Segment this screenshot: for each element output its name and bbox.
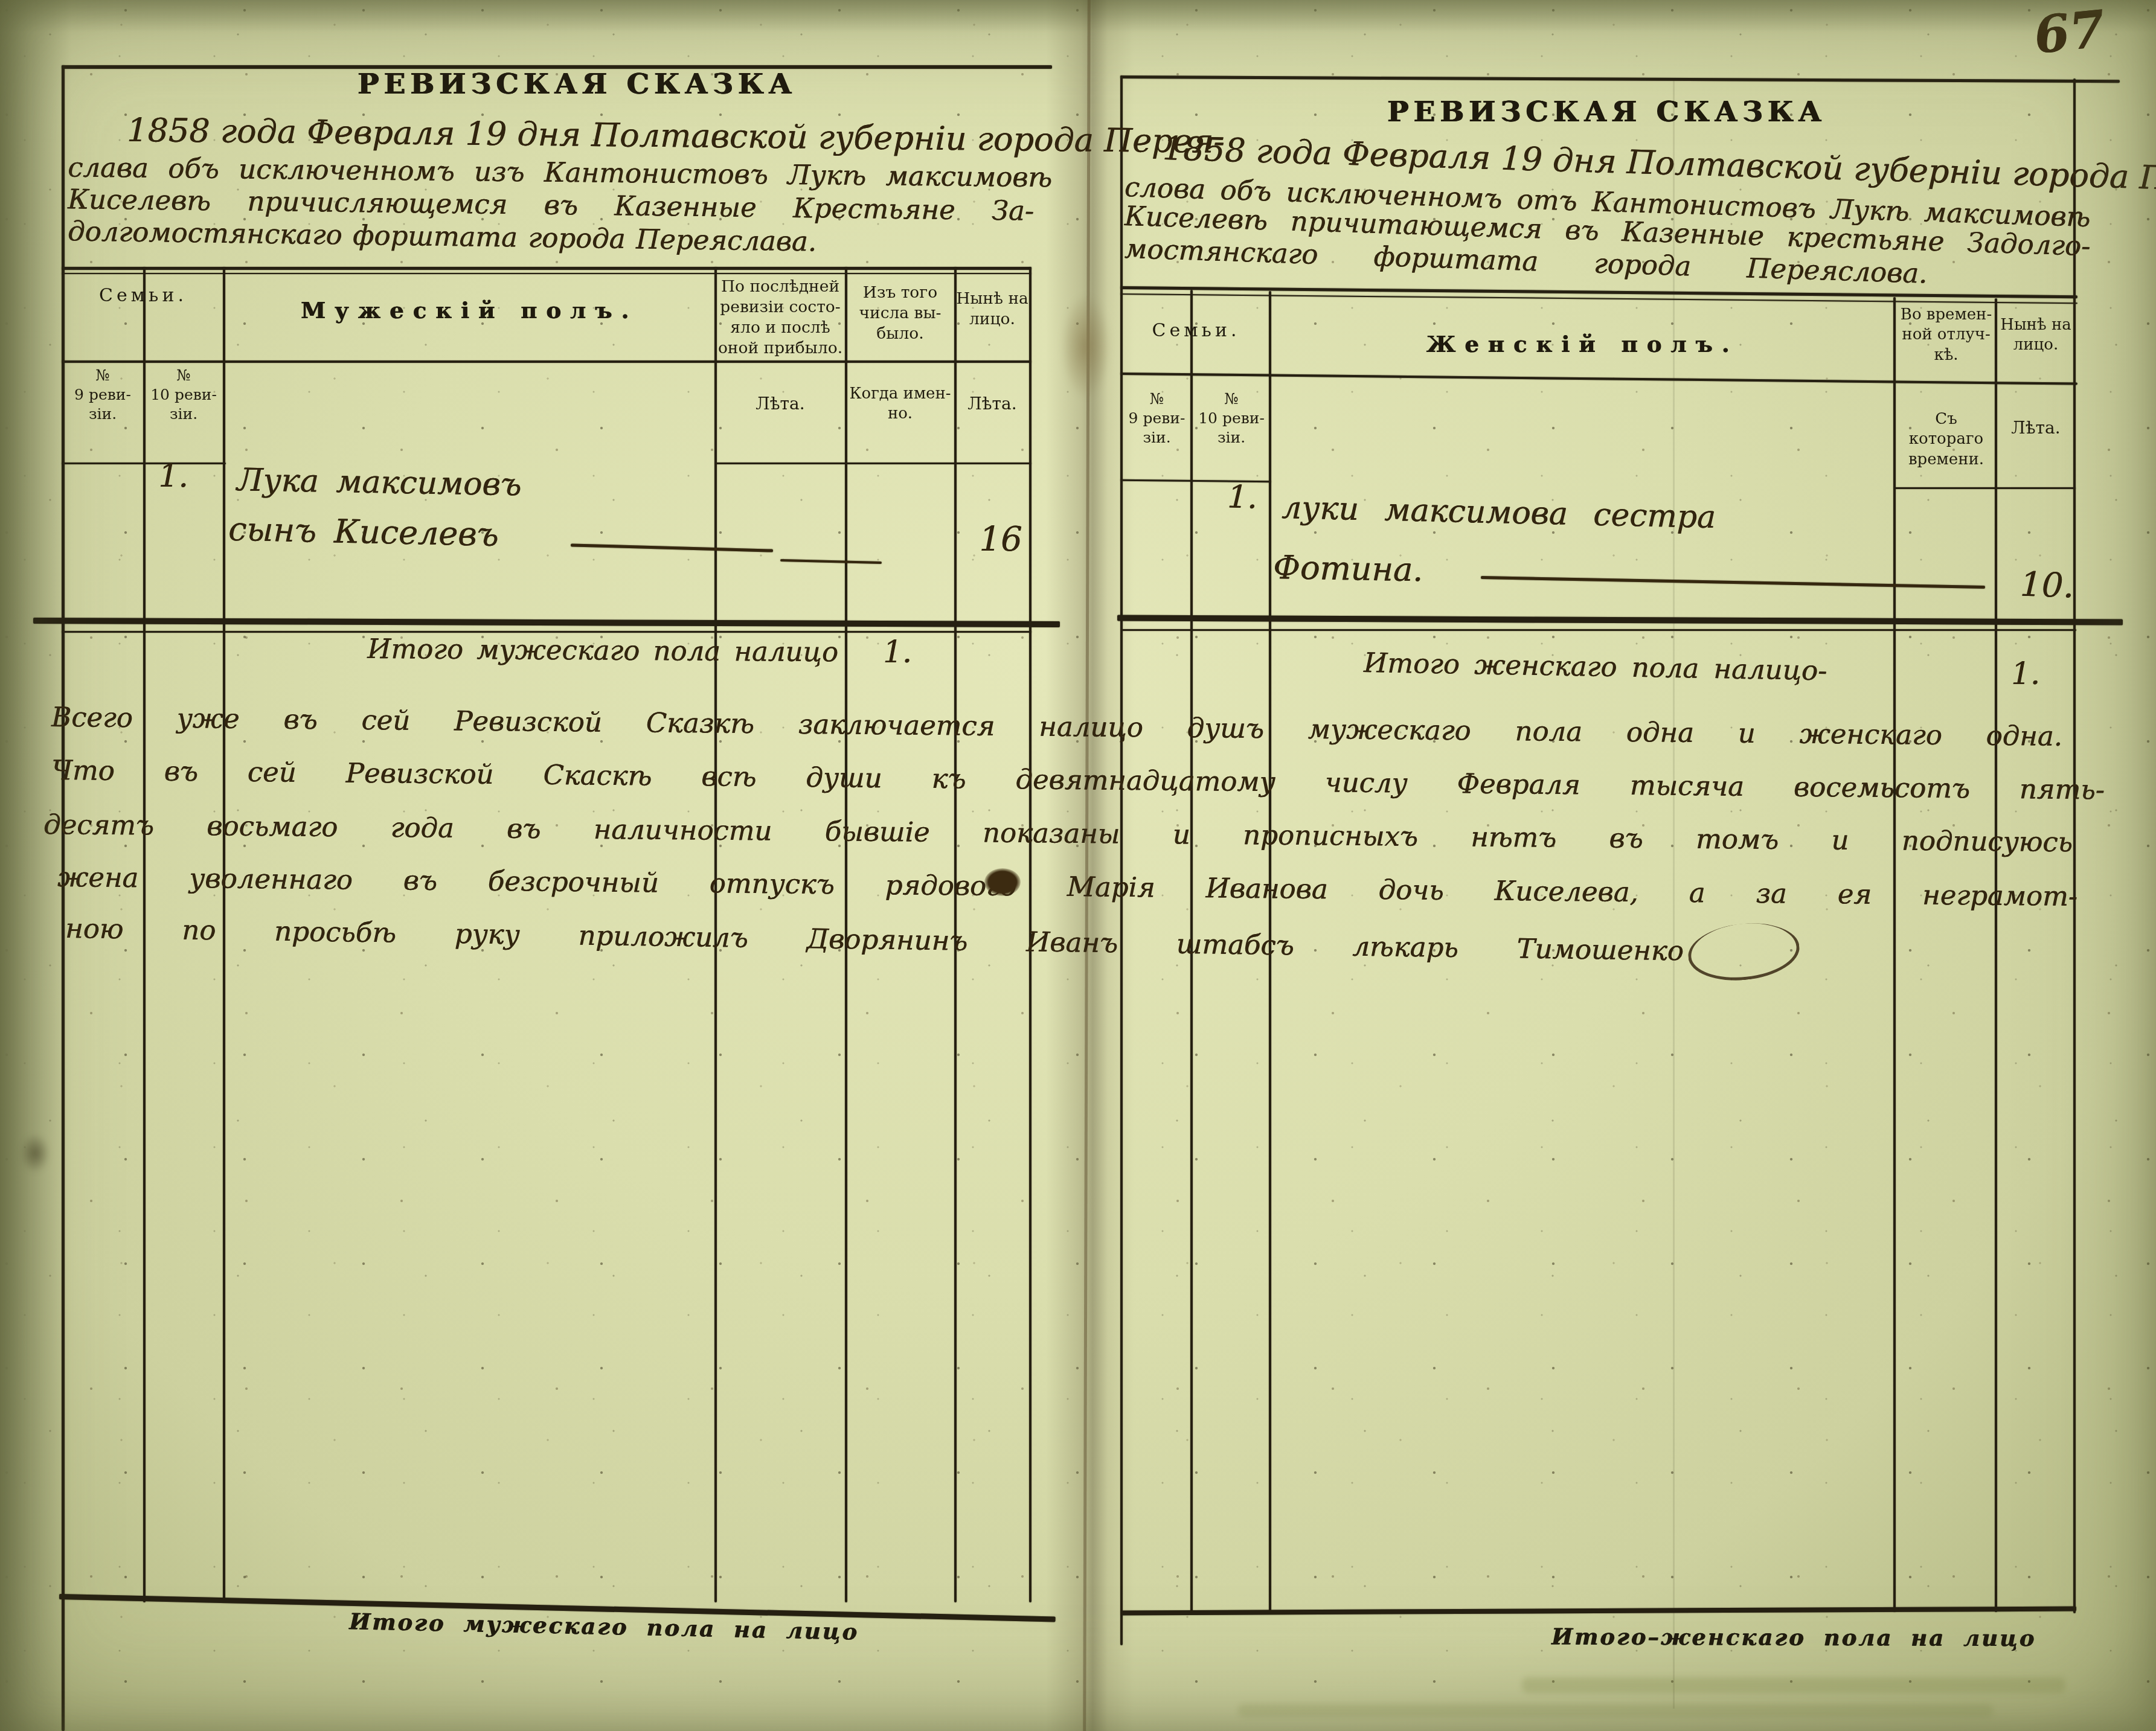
revision-list-scan: 67 РЕВИЗСКАЯ СКАЗКА 1858 года Февраля 19…	[0, 0, 2156, 1731]
left-entry-household-no: 1.	[146, 459, 201, 495]
left-header-male-sex: Мужескій полъ.	[223, 297, 716, 324]
right-entry-household-no: 1.	[1214, 479, 1270, 517]
right-table-header-divider	[1120, 373, 2077, 385]
left-header-departed: Изъ того числа вы- было.	[846, 283, 954, 344]
gutter-stain	[1060, 293, 1111, 400]
left-header-when-exactly: Когда имен- но.	[846, 384, 954, 424]
fold-crease-line	[1083, 0, 1091, 1731]
right-header-rev10: № 10 реви- зіи.	[1193, 389, 1270, 447]
folio-number: 67	[2031, 0, 2145, 65]
right-table-subheader-divider-b	[1895, 487, 2076, 489]
ink-bleed-bottom-right	[1522, 1677, 2065, 1693]
left-table-subheader-divider-b	[715, 462, 1031, 464]
right-header-temp-absence: Во времен- ной отлуч- кѣ.	[1896, 305, 1996, 365]
right-page-border-right	[2073, 78, 2076, 1613]
right-table-top-rule-a	[1120, 286, 2077, 298]
left-header-family: Семьи.	[62, 285, 225, 306]
right-entry-dash	[1481, 576, 1985, 589]
attestation-line-5: ною по просьбѣ руку приложилъ Дворянинъ …	[65, 913, 1684, 967]
right-table-vline-4	[1995, 298, 1997, 1612]
right-heavy-separator	[1117, 615, 2123, 625]
right-footer-label: Итого–женскаго пола на лицо	[1468, 1623, 2120, 1652]
left-header-present: Нынѣ на лицо.	[955, 289, 1029, 330]
left-subtotal-label: Итого мужескаго пола налицо	[367, 633, 899, 668]
paper-top-edge-shadow	[0, 0, 2156, 33]
left-thin-separator	[62, 631, 1031, 633]
left-table-top-rule-a	[62, 267, 1031, 270]
left-header-rev9: № 9 реви- зіи.	[62, 366, 144, 424]
left-header-years-b: Лѣта.	[955, 394, 1029, 414]
left-entry-age: 16	[967, 520, 1034, 559]
left-header-last-revision: По послѣдней ревизіи состо- яло и послѣ …	[716, 277, 845, 359]
margin-stain	[21, 1134, 50, 1173]
right-header-female-sex: Женскій полъ.	[1271, 331, 1893, 357]
right-bottom-heavy-rule	[1121, 1607, 2076, 1616]
right-page-rule-top	[1120, 75, 2120, 83]
right-header-rev9: № 9 реви- зіи.	[1122, 389, 1192, 447]
right-header-absence-since: Съ котораго времени.	[1896, 409, 1996, 470]
left-intro-line-1: 1858 года Февраля 19 дня Полтавской губе…	[127, 112, 1070, 159]
left-table-top-rule-b	[62, 273, 1031, 274]
left-subtotal-value: 1.	[883, 635, 937, 670]
signature-flourish	[1686, 918, 1803, 986]
left-header-rev10: № 10 реви- зіи.	[144, 366, 223, 424]
right-subtotal-label: Итого женскаго пола налицо-	[1364, 647, 1974, 689]
left-entry-dash-1	[571, 543, 773, 552]
ink-blot	[984, 868, 1021, 896]
left-table-header-divider	[62, 360, 1031, 363]
attestation-line-4: жена уволеннаго въ безсрочный отпускъ ря…	[57, 862, 2077, 912]
attestation-line-3: десятъ восьмаго года въ наличности бывші…	[43, 809, 2073, 858]
left-heavy-separator	[33, 618, 1060, 627]
right-subtotal-value: 1.	[2011, 657, 2065, 692]
right-table-vline-3	[1893, 297, 1896, 1612]
right-entry-name-line-1: луки максимова сестра	[1281, 490, 1891, 540]
ink-bleed-bottom-right-2	[1238, 1704, 1993, 1717]
right-thin-separator	[1122, 629, 2076, 631]
left-page-title: РЕВИЗСКАЯ СКАЗКА	[254, 68, 900, 101]
right-entry-age: 10.	[2012, 565, 2082, 606]
right-header-family: Семьи.	[1122, 320, 1270, 341]
left-entry-name-line-1: Лука максимовъ	[237, 462, 636, 505]
right-entry-name-line-2: Фотина.	[1272, 549, 1478, 590]
right-page-border-left	[1120, 75, 1123, 1645]
left-page-border-left	[62, 65, 65, 1731]
left-header-years-a: Лѣта.	[716, 394, 845, 414]
right-page-title: РЕВИЗСКАЯ СКАЗКА	[1274, 95, 1939, 129]
attestation-line-2: Что въ сей Ревизской Скаскѣ всѣ души къ …	[51, 755, 2105, 805]
left-entry-name-line-2: сынъ Киселевъ	[228, 511, 591, 556]
left-entry-dash-2	[780, 559, 882, 564]
right-header-present: Нынѣ на лицо.	[1997, 315, 2074, 356]
attestation-line-1: Всего уже въ сей Ревизской Сказкѣ заключ…	[51, 702, 2062, 752]
right-header-years: Лѣта.	[1997, 418, 2074, 438]
